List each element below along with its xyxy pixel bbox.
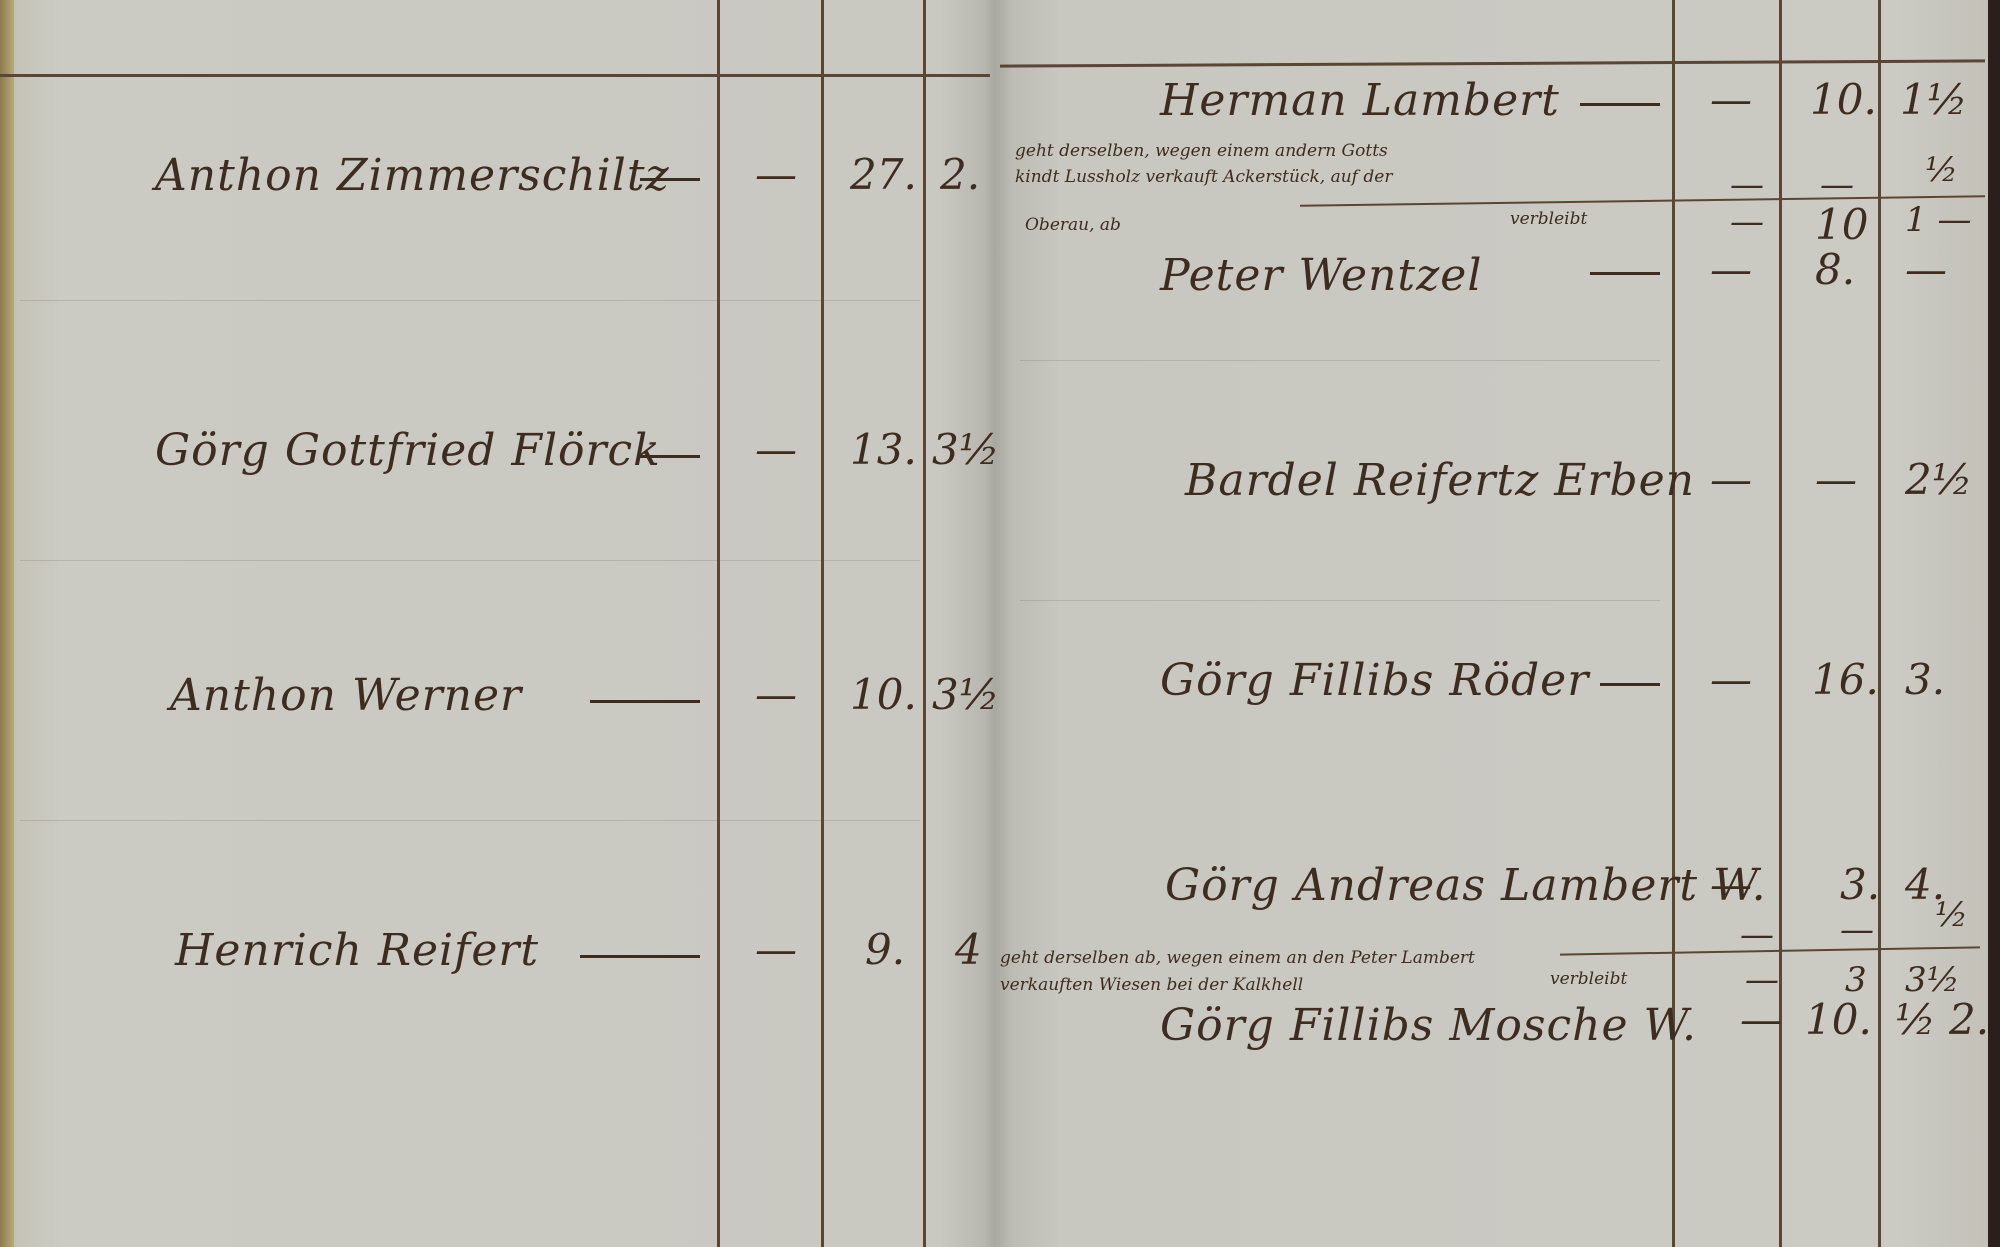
leader-dash	[580, 955, 700, 958]
leader-dash	[640, 178, 700, 181]
remaining-label: verbleibt	[1510, 206, 1587, 232]
entry-name: Anthon Werner	[170, 670, 522, 721]
col3-value: —	[1905, 245, 1947, 294]
col1-value: —	[1710, 245, 1752, 294]
left-header-rule	[0, 74, 990, 77]
entry-name: Peter Wentzel	[1160, 250, 1482, 301]
right-column-line-2	[1779, 0, 1782, 1247]
col2-value: 10.	[1805, 995, 1872, 1044]
right-header-rule	[1000, 59, 1985, 67]
col2-value: 13.	[850, 425, 917, 474]
col2-value: 16.	[1812, 655, 1879, 704]
subtotal-rule-1	[1300, 195, 1985, 207]
faint-rule	[1020, 360, 1660, 361]
left-column-line-3	[923, 0, 926, 1247]
col2-value: 3.	[1840, 860, 1880, 909]
col3-value: 3.	[1905, 655, 1945, 704]
col1-value: —	[755, 670, 797, 719]
col1-value: —	[755, 425, 797, 474]
faint-rule	[1020, 600, 1660, 601]
remaining-col3: 1 —	[1905, 200, 1971, 240]
col3-value: 4	[955, 925, 982, 974]
col2-value: —	[1815, 455, 1857, 504]
faint-rule	[20, 300, 920, 301]
remaining-col2: 10	[1815, 200, 1868, 249]
remaining-col1: —	[1730, 202, 1764, 242]
col1-value: —	[1710, 455, 1752, 504]
left-column-line-2	[821, 0, 824, 1247]
entry-name: Görg Fillibs Röder	[1160, 655, 1589, 706]
entry-name: Bardel Reifertz Erben	[1185, 455, 1695, 506]
col1-value: —	[1710, 75, 1752, 124]
leader-dash	[1580, 103, 1660, 106]
col2-value: 9.	[865, 925, 905, 974]
annotation-line: verkauften Wiesen bei der Kalkhell	[1000, 972, 1303, 998]
col3-value: ½ 2.	[1895, 995, 1989, 1044]
leader-dash	[1600, 683, 1660, 686]
page-edge-background	[1988, 0, 2000, 1247]
annotation-line: geht derselben, wegen einem andern Gotts	[1015, 138, 1388, 164]
left-column-line-1	[717, 0, 720, 1247]
deduction-col2: —	[1820, 165, 1854, 205]
col1-value: —	[1710, 655, 1752, 704]
deduction-col3: ½	[1925, 150, 1958, 190]
entry-name: Henrich Reifert	[175, 925, 539, 976]
remaining-label: verbleibt	[1550, 966, 1627, 992]
remaining-col1: —	[1745, 960, 1779, 1000]
book-binding	[0, 0, 14, 1247]
annotation-line: kindt Lussholz verkauft Ackerstück, auf …	[1015, 164, 1392, 190]
right-column-line-1	[1672, 0, 1675, 1247]
entry-name: Görg Fillibs Mosche W.	[1160, 1000, 1697, 1051]
annotation-line: geht derselben ab, wegen einem an den Pe…	[1000, 945, 1475, 971]
col2-value: 8.	[1815, 245, 1855, 294]
leader-dash	[1590, 272, 1660, 275]
entry-name: Görg Gottfried Flörck	[155, 425, 661, 476]
remaining-col3: 3½	[1905, 960, 1960, 1000]
leader-dash	[590, 700, 700, 703]
faint-rule	[20, 820, 920, 821]
annotation-line: Oberau, ab	[1025, 212, 1121, 238]
col2-value: 27.	[850, 150, 917, 199]
deduction-col1: —	[1730, 165, 1764, 205]
col3-value: 3½	[932, 670, 999, 719]
col1-value: —	[1710, 860, 1752, 909]
deduction-col2: —	[1840, 910, 1874, 950]
remaining-col2: 3	[1845, 960, 1867, 1000]
col1-value: —	[755, 925, 797, 974]
leader-dash	[640, 455, 700, 458]
faint-rule	[20, 560, 920, 561]
col2-value: 10.	[1810, 75, 1877, 124]
entry-name: Görg Andreas Lambert W.	[1165, 860, 1767, 911]
col3-value: 3½	[932, 425, 999, 474]
col3-value: 2½	[1905, 455, 1972, 504]
col1-value: —	[1740, 995, 1782, 1044]
entry-name: Herman Lambert	[1160, 75, 1560, 126]
right-column-line-3	[1878, 0, 1881, 1247]
deduction-col1: —	[1740, 915, 1774, 955]
col3-value: 2.	[940, 150, 980, 199]
ledger-spread: Anthon Zimmerschiltz — 27. 2. Görg Gottf…	[0, 0, 1990, 1247]
col2-value: 10.	[850, 670, 917, 719]
col3-value: 1½	[1900, 75, 1967, 124]
entry-name: Anthon Zimmerschiltz	[155, 150, 670, 201]
deduction-col3: ½	[1935, 895, 1968, 935]
col1-value: —	[755, 150, 797, 199]
